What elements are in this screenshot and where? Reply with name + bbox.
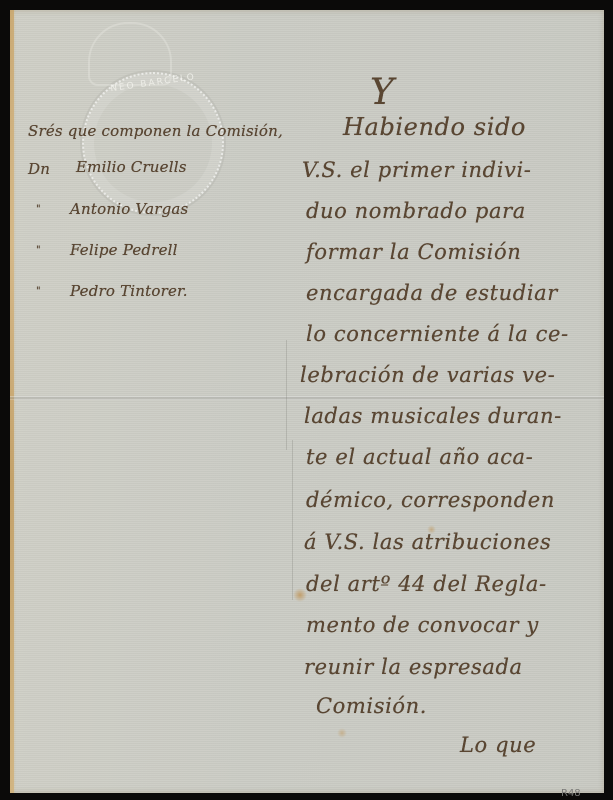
body-line: Comisión. <box>316 694 427 718</box>
body-line: á V.S. las atribuciones <box>304 530 551 554</box>
member-name: Emilio Cruells <box>76 158 187 176</box>
body-line: lo concerniente á la ce- <box>306 322 569 346</box>
member-name: Pedro Tintorer. <box>70 282 188 300</box>
member-prefix: " <box>36 286 41 297</box>
foxing-stain <box>293 588 307 602</box>
member-prefix: Dn <box>28 160 50 178</box>
body-line: Habiendo sido <box>343 113 526 141</box>
body-line: te el actual año aca- <box>306 445 533 469</box>
opening-flourish: Y <box>370 72 394 113</box>
body-line: encargada de estudiar <box>306 281 558 305</box>
margin-crease <box>292 440 293 600</box>
member-prefix: " <box>36 245 41 256</box>
letter-paper: NEO BARCELO Srés que componen la Comisió… <box>10 10 604 793</box>
body-line: reunir la espresada <box>304 655 523 679</box>
body-line: del artº 44 del Regla- <box>306 572 547 596</box>
margin-crease <box>286 340 287 450</box>
embossed-seal-icon <box>82 72 224 214</box>
member-name: Felipe Pedrell <box>70 241 178 259</box>
body-line: mento de convocar y <box>306 613 539 637</box>
body-line: démico, corresponden <box>306 488 555 512</box>
body-line: ladas musicales duran- <box>304 404 562 428</box>
committee-heading: Srés que componen la Comisión, <box>28 122 283 140</box>
body-line: lebración de varias ve- <box>300 363 555 387</box>
member-name: Antonio Vargas <box>70 200 188 218</box>
paper-fold-line <box>10 396 604 400</box>
foxing-stain <box>337 728 347 738</box>
closing-line: Lo que <box>460 733 536 757</box>
member-prefix: " <box>36 204 41 215</box>
body-line: formar la Comisión <box>306 240 521 264</box>
archive-number: R48 <box>561 788 581 799</box>
body-line: V.S. el primer indivi- <box>302 158 532 182</box>
body-line: duo nombrado para <box>306 199 526 223</box>
paper-aged-edge <box>10 10 14 793</box>
